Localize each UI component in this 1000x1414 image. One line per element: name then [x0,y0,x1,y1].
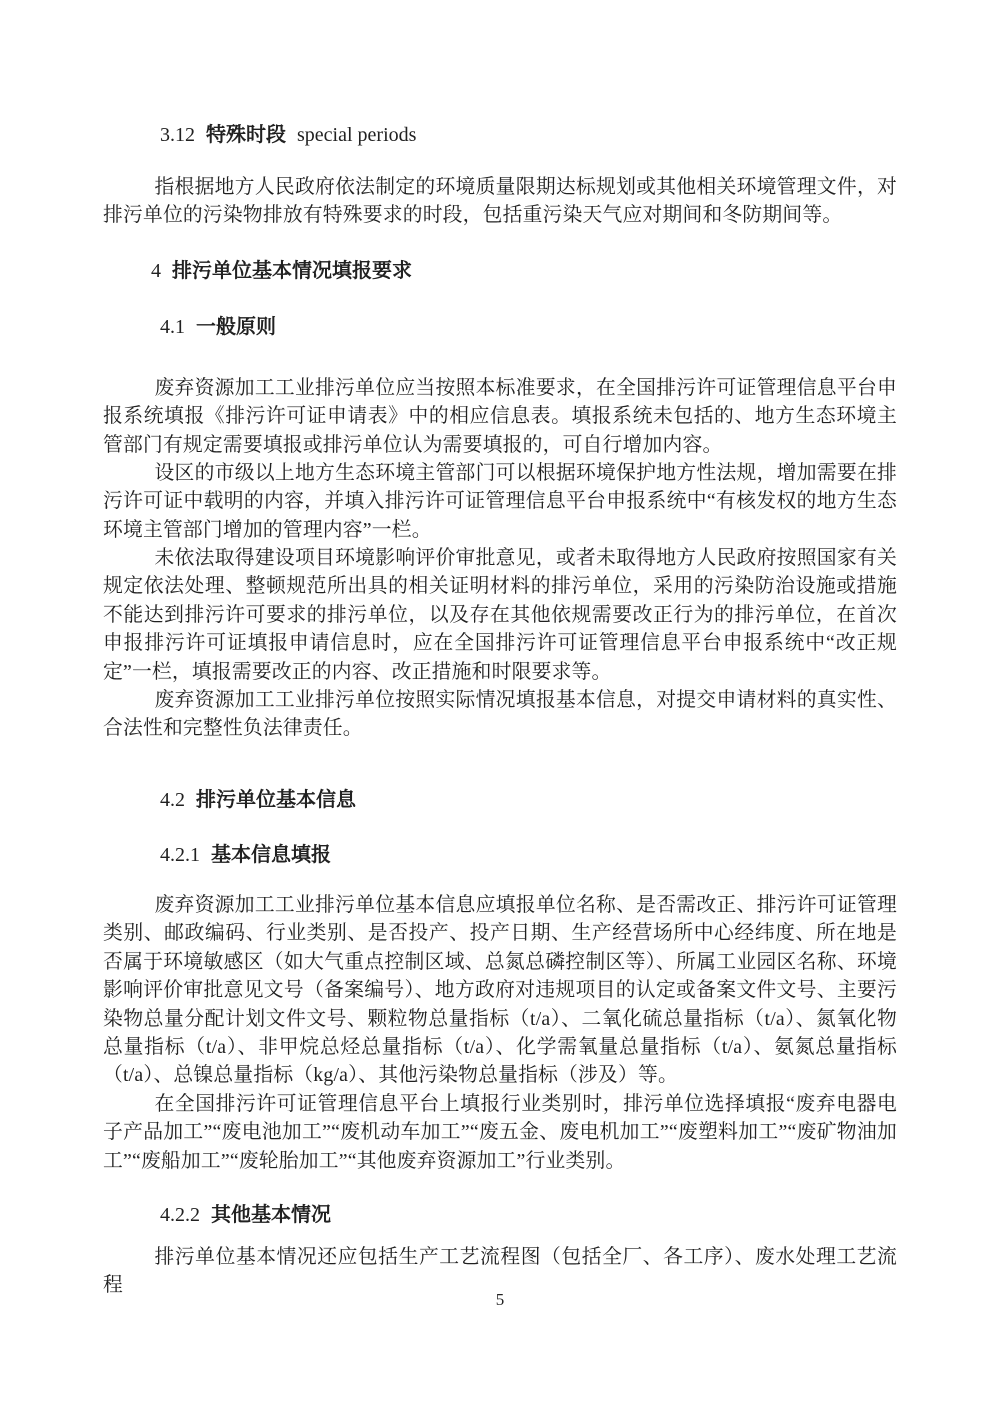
clause-title-zh: 其他基本情况 [211,1204,331,1226]
clause-number: 3.12 [160,124,195,146]
clause-title-zh: 特殊时段 [206,124,286,146]
section-heading-3-12: 3.12 特殊时段 special periods [103,121,954,149]
clause-title-zh: 排污单位基本情况填报要求 [172,260,412,282]
document-page: 3.12 特殊时段 special periods 指根据地方人民政府依法制定的… [0,0,1000,1414]
paragraph-general-principle-2: 设区的市级以上地方生态环境主管部门可以根据环境保护地方性法规，增加需要在排污许可… [103,459,897,544]
section-heading-4-2-2: 4.2.2 其他基本情况 [103,1201,954,1229]
clause-title-en: special periods [297,124,416,146]
clause-number: 4.2.2 [160,1204,200,1226]
section-heading-4-2: 4.2 排污单位基本信息 [103,786,954,814]
section-heading-4-2-1: 4.2.1 基本信息填报 [103,841,954,869]
clause-number: 4.1 [160,316,185,338]
clause-title-zh: 一般原则 [196,316,276,338]
page-number: 5 [0,1288,1000,1312]
clause-number: 4.2.1 [160,844,200,866]
section-heading-4-1: 4.1 一般原则 [103,313,954,341]
clause-title-zh: 排污单位基本信息 [196,789,356,811]
paragraph-industry-categories: 在全国排污许可证管理信息平台上填报行业类别时，排污单位选择填报“废弃电器电子产品… [103,1090,897,1175]
clause-number: 4 [151,260,161,282]
paragraph-special-periods-definition: 指根据地方人民政府依法制定的环境质量限期达标规划或其他相关环境管理文件，对排污单… [103,173,897,230]
paragraph-basic-info-items: 废弃资源加工工业排污单位基本信息应填报单位名称、是否需改正、排污许可证管理类别、… [103,891,897,1090]
clause-number: 4.2 [160,789,185,811]
clause-title-zh: 基本信息填报 [211,844,331,866]
paragraph-general-principle-1: 废弃资源加工工业排污单位应当按照本标准要求，在全国排污许可证管理信息平台申报系统… [103,374,897,459]
paragraph-general-principle-3: 未依法取得建设项目环境影响评价审批意见，或者未取得地方人民政府按照国家有关规定依… [103,544,897,686]
paragraph-general-principle-4: 废弃资源加工工业排污单位按照实际情况填报基本信息，对提交申请材料的真实性、合法性… [103,686,897,743]
section-heading-4: 4 排污单位基本情况填报要求 [103,257,945,285]
